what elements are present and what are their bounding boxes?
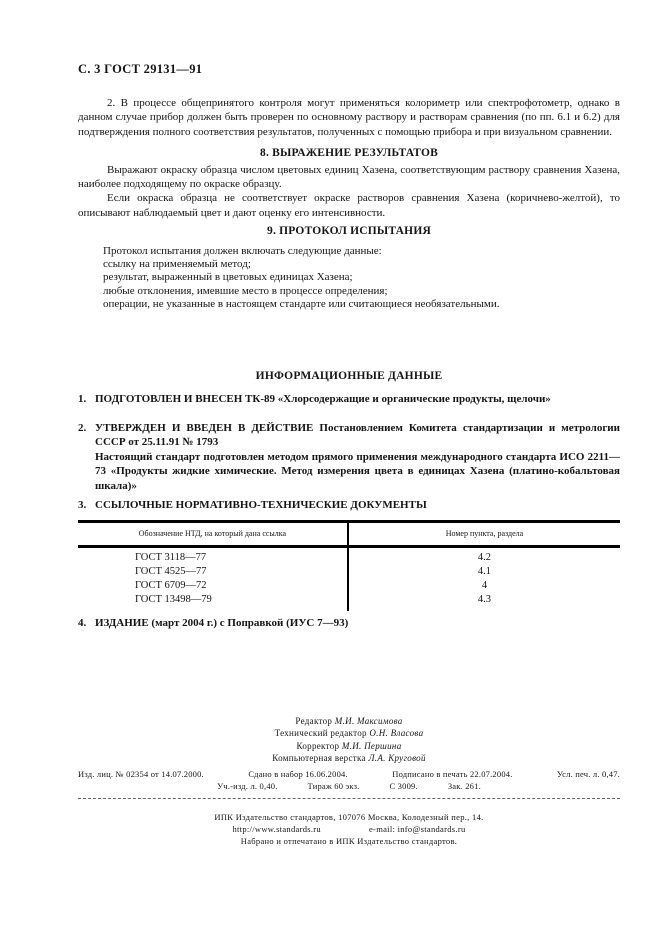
publisher-contacts: http://www.standards.ru e-mail: info@sta… xyxy=(78,823,620,835)
publisher-printed-note: Набрано и отпечатано в ИПК Издательство … xyxy=(78,835,620,847)
info-item-number: 3. xyxy=(78,498,95,513)
table-cell-ntd: ГОСТ 3118—77 xyxy=(78,546,348,565)
info-data-heading: ИНФОРМАЦИОННЫЕ ДАННЫЕ xyxy=(78,369,620,383)
section-8-heading: 8. ВЫРАЖЕНИЕ РЕЗУЛЬТАТОВ xyxy=(78,146,620,160)
imprint-pub-sheets: Уч.-изд. л. 0,40. xyxy=(217,780,277,792)
table-cell-ntd: ГОСТ 4525—77 xyxy=(78,565,348,579)
section-8-paragraph-2: Если окраска образца не соответствует ок… xyxy=(78,191,620,220)
imprint-row-2: Уч.-изд. л. 0,40. Тираж 60 экз. С 3009. … xyxy=(78,780,620,792)
protocol-item: любые отклонения, имевшие место в процес… xyxy=(78,285,620,298)
info-item-3: 3. ССЫЛОЧНЫЕ НОРМАТИВНО-ТЕХНИЧЕСКИЕ ДОКУ… xyxy=(78,498,620,513)
credit-row-layout: Компьютерная верстка Л.А. Круговой xyxy=(78,752,620,764)
credit-role: Корректор xyxy=(297,741,340,751)
imprint-typeset-date: Сдано в набор 16.06.2004. xyxy=(248,768,347,780)
section-9-heading: 9. ПРОТОКОЛ ИСПЫТАНИЯ xyxy=(78,224,620,238)
table-row: ГОСТ 13498—79 4.3 xyxy=(78,593,620,611)
table-cell-ntd: ГОСТ 6709—72 xyxy=(78,579,348,593)
publisher-block: ИПК Издательство стандартов, 107076 Моск… xyxy=(78,811,620,847)
protocol-item: результат, выраженный в цветовых единица… xyxy=(78,271,620,284)
credit-row-technical-editor: Технический редактор О.Н. Власова xyxy=(78,727,620,739)
table-row: ГОСТ 6709—72 4 xyxy=(78,579,620,593)
references-table: Обозначение НТД, на который дана ссылка … xyxy=(78,520,620,611)
dashed-divider xyxy=(78,798,620,799)
credit-name: М.И. Максимова xyxy=(335,716,403,726)
imprint-c-number: С 3009. xyxy=(389,780,417,792)
table-cell-section: 4.2 xyxy=(348,546,620,565)
credits-block: Редактор М.И. Максимова Технический реда… xyxy=(78,715,620,764)
credit-row-editor: Редактор М.И. Максимова xyxy=(78,715,620,727)
info-item-number: 2. xyxy=(78,421,95,494)
imprint-print-sheets: Усл. печ. л. 0,47. xyxy=(557,768,620,780)
table-row: ГОСТ 3118—77 4.2 xyxy=(78,546,620,565)
references-table-body: ГОСТ 3118—77 4.2 ГОСТ 4525—77 4.1 ГОСТ 6… xyxy=(78,546,620,611)
references-table-head: Обозначение НТД, на который дана ссылка … xyxy=(78,521,620,546)
publisher-email: e-mail: info@standards.ru xyxy=(369,823,466,835)
preamble-paragraph: 2. В процессе общепринятого контроля мог… xyxy=(78,96,620,139)
credit-name: Л.А. Круговой xyxy=(368,753,425,763)
table-cell-section: 4.1 xyxy=(348,565,620,579)
protocol-intro: Протокол испытания должен включать следу… xyxy=(78,245,620,258)
credit-row-proofreader: Корректор М.И. Першина xyxy=(78,740,620,752)
info-item-text: ССЫЛОЧНЫЕ НОРМАТИВНО-ТЕХНИЧЕСКИЕ ДОКУМЕН… xyxy=(95,498,620,513)
credit-role: Редактор xyxy=(295,716,332,726)
info-item-note: Настоящий стандарт подготовлен методом п… xyxy=(95,450,620,494)
imprint-circulation: Тираж 60 экз. xyxy=(308,780,360,792)
table-header-section: Номер пункта, раздела xyxy=(348,521,620,546)
section-8-paragraph-1: Выражают окраску образца числом цветовых… xyxy=(78,163,620,192)
table-cell-ntd: ГОСТ 13498—79 xyxy=(78,593,348,611)
info-item-4: 4. ИЗДАНИЕ (март 2004 г.) с Поправкой (И… xyxy=(78,616,620,631)
imprint-row-1: Изд. лиц. № 02354 от 14.07.2000. Сдано в… xyxy=(78,768,620,780)
info-item-text: ПОДГОТОВЛЕН И ВНЕСЕН ТК-89 «Хлорсодержащ… xyxy=(95,392,620,407)
credit-name: М.И. Першина xyxy=(342,741,402,751)
credit-name: О.Н. Власова xyxy=(369,728,423,738)
section-8-body: Выражают окраску образца числом цветовых… xyxy=(78,163,620,220)
table-header-ntd: Обозначение НТД, на который дана ссылка xyxy=(78,521,348,546)
info-item-number: 1. xyxy=(78,392,95,407)
info-item-text: УТВЕРЖДЕН И ВВЕДЕН В ДЕЙСТВИЕ Постановле… xyxy=(95,421,620,450)
table-cell-section: 4 xyxy=(348,579,620,593)
info-item-2: 2. УТВЕРЖДЕН И ВВЕДЕН В ДЕЙСТВИЕ Постано… xyxy=(78,421,620,494)
publisher-website: http://www.standards.ru xyxy=(232,823,321,835)
info-item-number: 4. xyxy=(78,616,95,631)
table-row: ГОСТ 4525—77 4.1 xyxy=(78,565,620,579)
imprint-license: Изд. лиц. № 02354 от 14.07.2000. xyxy=(78,768,204,780)
imprint-order-number: Зак. 261. xyxy=(448,780,481,792)
section-9-body: Протокол испытания должен включать следу… xyxy=(78,245,620,311)
info-item-text: ИЗДАНИЕ (март 2004 г.) с Поправкой (ИУС … xyxy=(95,616,620,631)
credit-role: Компьютерная верстка xyxy=(272,753,366,763)
running-header: С. 3 ГОСТ 29131—91 xyxy=(78,62,620,77)
document-page: С. 3 ГОСТ 29131—91 2. В процессе общепри… xyxy=(0,0,661,936)
imprint-print-date: Подписано в печать 22.07.2004. xyxy=(392,768,512,780)
table-cell-section: 4.3 xyxy=(348,593,620,611)
credit-role: Технический редактор xyxy=(275,728,367,738)
protocol-item: операции, не указанные в настоящем станд… xyxy=(78,298,620,311)
publisher-address: ИПК Издательство стандартов, 107076 Моск… xyxy=(78,811,620,823)
protocol-item: ссылку на применяемый метод; xyxy=(78,258,620,271)
imprint-block: Изд. лиц. № 02354 от 14.07.2000. Сдано в… xyxy=(78,768,620,792)
info-item-1: 1. ПОДГОТОВЛЕН И ВНЕСЕН ТК-89 «Хлорсодер… xyxy=(78,392,620,407)
